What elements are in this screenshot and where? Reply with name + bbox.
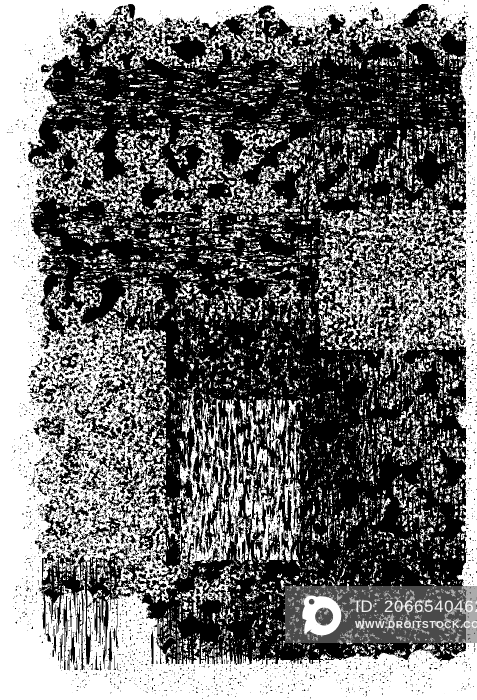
watermark-website: WWW.DROITSTOCK.COM (355, 620, 477, 631)
droitstock-logo-icon (296, 590, 346, 640)
watermark-text-block: ID: 2066540462 WWW.DROITSTOCK.COM (355, 598, 477, 631)
watermark-bar: ID: 2066540462 WWW.DROITSTOCK.COM (285, 586, 477, 643)
stock-texture-image: ID: 2066540462 WWW.DROITSTOCK.COM (0, 0, 477, 700)
watermark-id: ID: 2066540462 (355, 598, 477, 617)
